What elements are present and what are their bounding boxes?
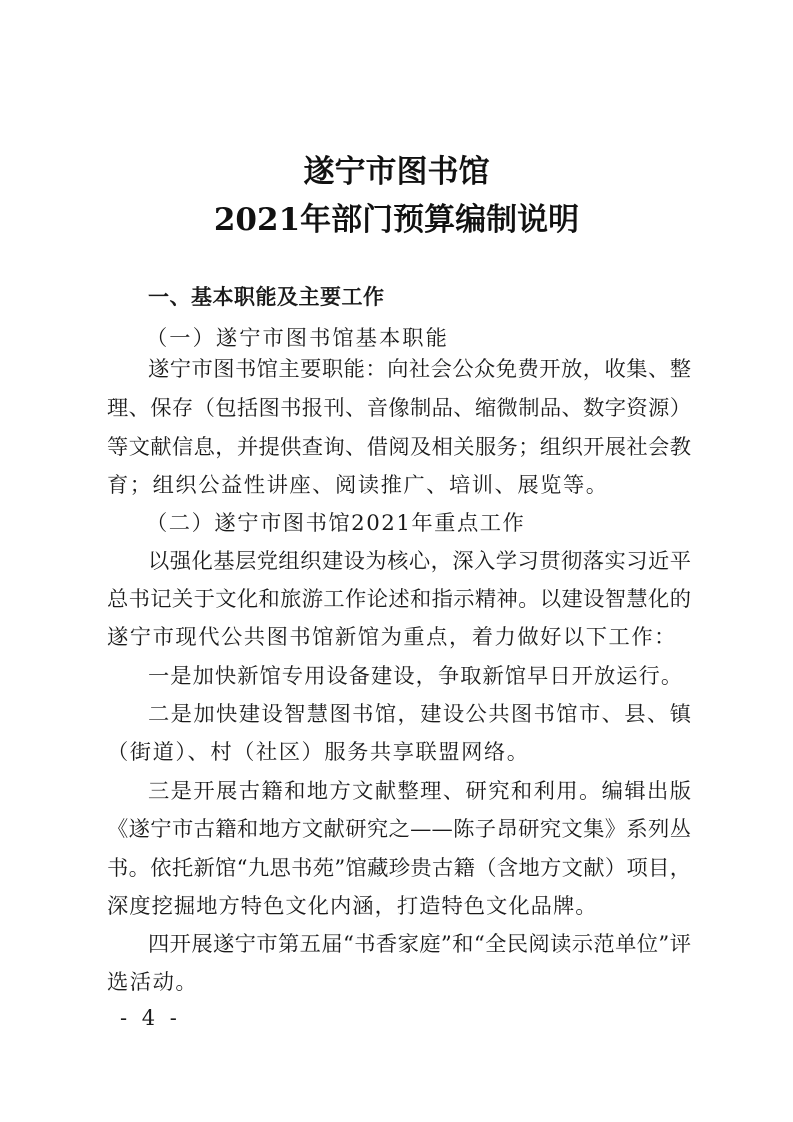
document-title-line-2: 2021年部门预算编制说明 [0, 194, 793, 239]
paragraph-line: 一是加快新馆专用设备建设，争取新馆早日开放运行。 [148, 662, 732, 692]
paragraph-line: 总书记关于文化和旅游工作论述和指示精神。以建设智慧化的 [107, 585, 691, 615]
paragraph-line: 遂宁市现代公共图书馆新馆为重点，着力做好以下工作： [107, 623, 691, 653]
subsection-heading-basic-functions: （一）遂宁市图书馆基本职能 [146, 324, 730, 354]
paragraph-line: 四开展遂宁市第五届“书香家庭”和“全民阅读示范单位”评 [148, 930, 691, 960]
page-number: - 4 - [120, 1006, 181, 1030]
document-title-line-1: 遂宁市图书馆 [0, 146, 793, 191]
paragraph-line: 以强化基层党组织建设为核心，深入学习贯彻落实习近平 [148, 547, 691, 577]
paragraph-line: 理、保存（包括图书报刊、音像制品、缩微制品、数字资源） [107, 394, 691, 424]
paragraph-line: 选活动。 [107, 968, 691, 998]
paragraph-line: 等文献信息，并提供查询、借阅及相关服务；组织开展社会教 [107, 433, 691, 463]
paragraph-line: 育；组织公益性讲座、阅读推广、培训、展览等。 [107, 471, 691, 501]
paragraph-line: 遂宁市图书馆主要职能：向社会公众免费开放，收集、整 [148, 355, 691, 385]
subsection-heading-key-work: （二）遂宁市图书馆2021年重点工作 [146, 509, 730, 539]
paragraph-line: 二是加快建设智慧图书馆，建设公共图书馆市、县、镇 [148, 700, 691, 730]
section-heading-basic-functions: 一、基本职能及主要工作 [148, 282, 732, 312]
paragraph-line: 《遂宁市古籍和地方文献研究之——陈子昂研究文集》系列丛 [107, 815, 691, 845]
paragraph-line: 三是开展古籍和地方文献整理、研究和利用。编辑出版 [148, 777, 691, 807]
paragraph-line: 深度挖掘地方特色文化内涵，打造特色文化品牌。 [107, 892, 691, 922]
document-page: 遂宁市图书馆 2021年部门预算编制说明 一、基本职能及主要工作 （一）遂宁市图… [0, 0, 793, 1122]
paragraph-line: （街道）、村（社区）服务共享联盟网络。 [107, 738, 691, 768]
paragraph-line: 书。依托新馆“九思书苑”馆藏珍贵古籍（含地方文献）项目， [107, 854, 691, 884]
